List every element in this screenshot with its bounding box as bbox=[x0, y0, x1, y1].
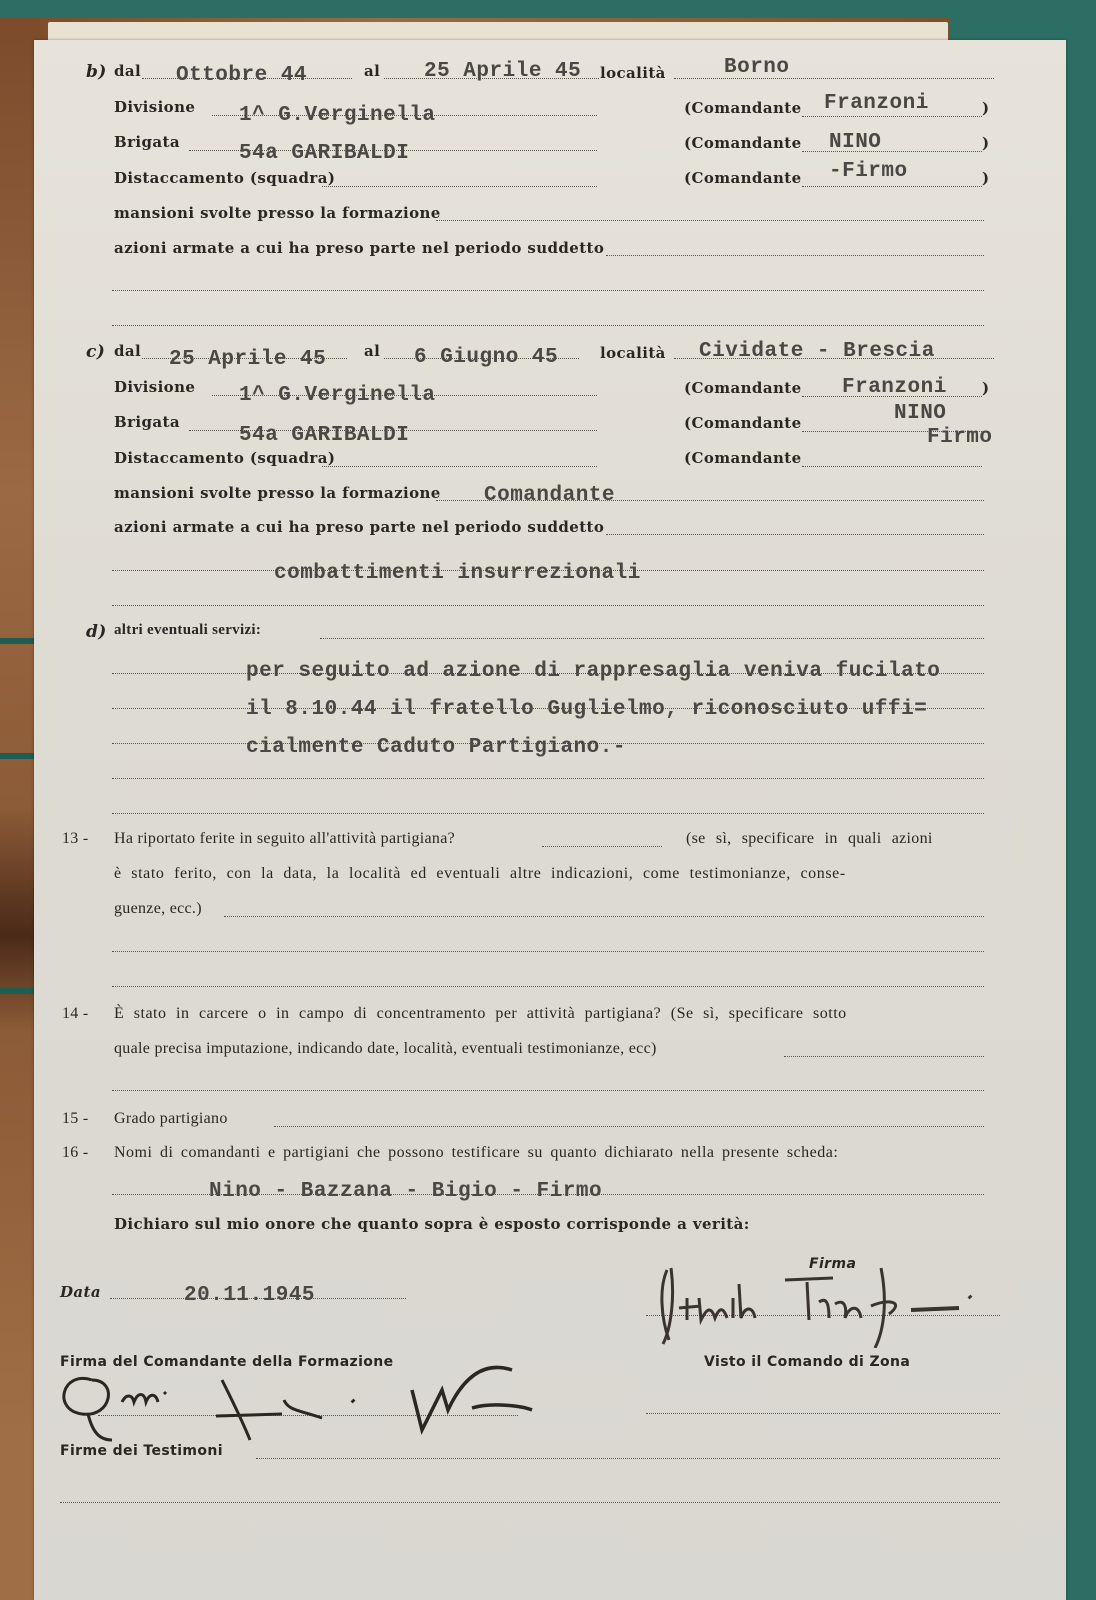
declaration-text: Dichiaro sul mio onore che quanto sopra … bbox=[114, 1215, 750, 1233]
question-text: È stato in carcere o in campo di concent… bbox=[114, 1005, 847, 1023]
altri-servizi-label: altri eventuali servizi: bbox=[114, 622, 261, 639]
azioni-value[interactable]: combattimenti insurrezionali bbox=[274, 562, 641, 585]
question-text: (se sì, specificare in quali azioni bbox=[686, 830, 933, 848]
divisione-value[interactable]: 1^ G.Verginella bbox=[239, 104, 436, 127]
distaccamento-label: Distaccamento (squadra) bbox=[114, 449, 335, 467]
question-number: 16 - bbox=[62, 1144, 89, 1162]
distaccamento-comandante-label: (Comandante bbox=[684, 169, 802, 187]
brigata-value[interactable]: 54a GARIBALDI bbox=[239, 424, 409, 447]
close-paren: ) bbox=[982, 169, 990, 187]
partisan-record-form: b) dal Ottobre 44 al 25 Aprile 45 locali… bbox=[34, 40, 1066, 1600]
divisione-comandante-value[interactable]: Franzoni bbox=[824, 92, 929, 115]
al-value[interactable]: 25 Aprile 45 bbox=[424, 60, 581, 83]
dichiarante-signature bbox=[649, 1258, 989, 1348]
distaccamento-comandante-value[interactable]: -Firmo bbox=[829, 160, 908, 183]
testimoni-names[interactable]: Nino - Bazzana - Bigio - Firmo bbox=[209, 1180, 602, 1203]
mansioni-label: mansioni svolte presso la formazione bbox=[114, 204, 441, 222]
visto-comando-label: Visto il Comando di Zona bbox=[704, 1354, 910, 1370]
binder-band bbox=[0, 753, 36, 759]
altri-servizi-line[interactable]: il 8.10.44 il fratello Guglielmo, ricono… bbox=[246, 698, 927, 721]
distaccamento-comandante-value[interactable]: Firmo bbox=[927, 426, 993, 449]
data-label: Data bbox=[60, 1283, 101, 1301]
brigata-label: Brigata bbox=[114, 133, 180, 151]
section-letter: d) bbox=[86, 622, 107, 642]
divisione-comandante-label: (Comandante bbox=[684, 379, 802, 397]
distaccamento-label: Distaccamento (squadra) bbox=[114, 169, 335, 187]
dal-label: dal bbox=[114, 62, 141, 80]
brigata-value[interactable]: 54a GARIBALDI bbox=[239, 142, 409, 165]
brigata-comandante-value[interactable]: NINO bbox=[894, 402, 946, 425]
divisione-label: Divisione bbox=[114, 378, 195, 396]
close-paren: ) bbox=[982, 99, 990, 117]
divisione-comandante-value[interactable]: Franzoni bbox=[842, 376, 947, 399]
divisione-comandante-label: (Comandante bbox=[684, 99, 802, 117]
mansioni-label: mansioni svolte presso la formazione bbox=[114, 484, 441, 502]
question-number: 14 - bbox=[62, 1005, 89, 1023]
section-letter: b) bbox=[86, 62, 107, 82]
testimoni-question: Nomi di comandanti e partigiani che poss… bbox=[114, 1144, 838, 1162]
mansioni-value[interactable]: Comandante bbox=[484, 484, 615, 507]
question-text: quale precisa imputazione, indicando dat… bbox=[114, 1040, 657, 1058]
divisione-value[interactable]: 1^ G.Verginella bbox=[239, 384, 436, 407]
altri-servizi-line[interactable]: per seguito ad azione di rappresaglia ve… bbox=[246, 660, 940, 683]
question-number: 13 - bbox=[62, 830, 89, 848]
altri-servizi-line[interactable]: cialmente Caduto Partigiano.- bbox=[246, 736, 626, 759]
azioni-label: azioni armate a cui ha preso parte nel p… bbox=[114, 518, 604, 536]
grado-label: Grado partigiano bbox=[114, 1110, 228, 1128]
close-paren: ) bbox=[982, 134, 990, 152]
question-text: è stato ferito, con la data, la località… bbox=[114, 865, 846, 883]
dal-value[interactable]: Ottobre 44 bbox=[176, 64, 307, 87]
comandante-signature bbox=[52, 1340, 552, 1450]
dal-value[interactable]: 25 Aprile 45 bbox=[169, 348, 326, 371]
testimoni-label: Firme dei Testimoni bbox=[60, 1443, 223, 1459]
al-label: al bbox=[364, 62, 380, 80]
section-letter: c) bbox=[86, 342, 105, 362]
al-value[interactable]: 6 Giugno 45 bbox=[414, 346, 558, 369]
binder-band bbox=[0, 638, 36, 644]
divisione-label: Divisione bbox=[114, 98, 195, 116]
localita-label: località bbox=[600, 64, 666, 82]
brigata-comandante-label: (Comandante bbox=[684, 414, 802, 432]
brigata-label: Brigata bbox=[114, 413, 180, 431]
question-text: Ha riportato ferite in seguito all'attiv… bbox=[114, 830, 455, 848]
dal-label: dal bbox=[114, 342, 141, 360]
azioni-label: azioni armate a cui ha preso parte nel p… bbox=[114, 239, 604, 257]
localita-value[interactable]: Cividate - Brescia bbox=[699, 340, 935, 363]
close-paren: ) bbox=[982, 379, 990, 397]
data-value[interactable]: 20.11.1945 bbox=[184, 1284, 315, 1307]
question-number: 15 - bbox=[62, 1110, 89, 1128]
brigata-comandante-value[interactable]: NINO bbox=[829, 131, 881, 154]
localita-value[interactable]: Borno bbox=[724, 56, 790, 79]
al-label: al bbox=[364, 342, 380, 360]
distaccamento-comandante-label: (Comandante bbox=[684, 449, 802, 467]
localita-label: località bbox=[600, 344, 666, 362]
brigata-comandante-label: (Comandante bbox=[684, 134, 802, 152]
binder-band bbox=[0, 988, 36, 994]
question-text: guenze, ecc.) bbox=[114, 900, 202, 918]
